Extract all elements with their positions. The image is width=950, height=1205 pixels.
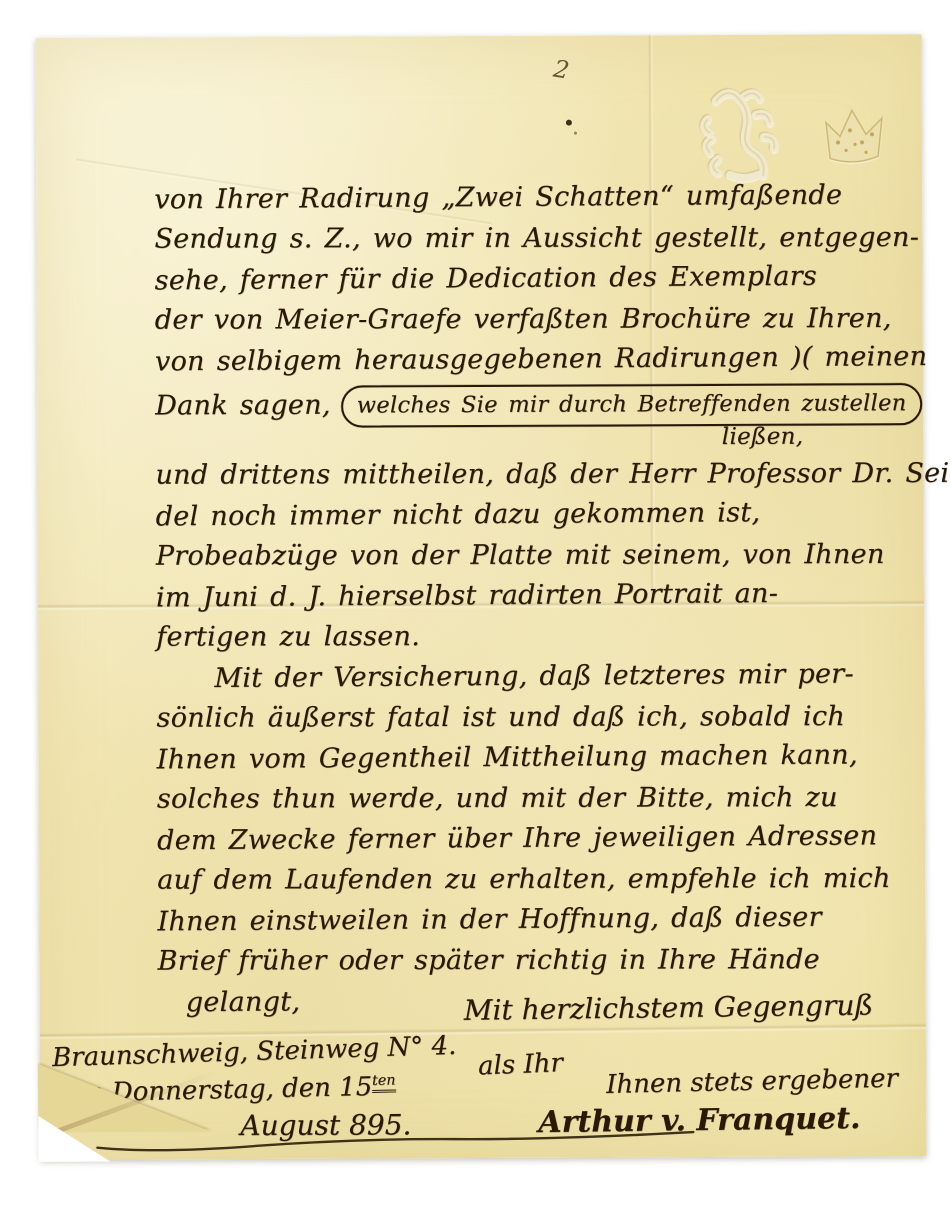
handwritten-line: solches thun werde, und mit der Bitte, m… bbox=[157, 777, 893, 819]
handwritten-line: Ihnen einstweilen in der Hoffnung, daß d… bbox=[157, 897, 893, 943]
handwritten-line: und drittens mittheilen, daß der Herr Pr… bbox=[155, 453, 891, 495]
handwritten-line: von selbigem herausgegebenen Radirungen … bbox=[155, 337, 891, 383]
handwritten-line: im Juni d. J. hierselbst radirten Portra… bbox=[156, 573, 892, 619]
handwritten-line: von Ihrer Radirung „Zwei Schatten“ umfaß… bbox=[154, 175, 890, 221]
handwritten-line: Probeabzüge von der Platte mit seinem, v… bbox=[156, 534, 892, 576]
closing-salute: Mit herzlichstem Gegengruß bbox=[464, 989, 874, 1027]
crown-emboss-icon bbox=[822, 100, 888, 172]
handwritten-line: sehe, ferner für die Dedication des Exem… bbox=[154, 256, 890, 302]
ink-spot bbox=[566, 120, 572, 126]
page-number-mark: 2 bbox=[551, 55, 571, 85]
handwritten-line: Brief früher oder später richtig in Ihre… bbox=[158, 939, 894, 981]
handwritten-line: Sendung s. Z., wo mir in Aussicht gestel… bbox=[154, 217, 890, 259]
handwritten-line: del noch immer nicht dazu gekommen ist, bbox=[156, 492, 892, 538]
handwritten-line: dem Zwecke ferner über Ihre jeweiligen A… bbox=[157, 816, 893, 862]
handwritten-line: Ihnen vom Gegentheil Mittheilung machen … bbox=[157, 735, 893, 781]
handwritten-line: Mit der Versicherung, daß letzteres mir … bbox=[156, 654, 892, 700]
date-ordinal-suffix: ten bbox=[372, 1073, 396, 1094]
closing-devotion: Ihnen stets ergebener bbox=[606, 1064, 898, 1100]
underline-flourish bbox=[95, 1129, 695, 1154]
letter-page: 2 von Ihrer Radirung „Zwei Schatten“ umf… bbox=[36, 34, 927, 1160]
handwritten-line: fertigen zu lassen. bbox=[156, 615, 892, 657]
handwritten-line: sönlich äußerst fatal ist und daß ich, s… bbox=[156, 696, 892, 738]
insertion-prefix: Dank sagen, bbox=[155, 386, 331, 427]
torn-corner-cutout bbox=[38, 1116, 110, 1162]
handwritten-line: auf dem Laufenden zu erhalten, empfehle … bbox=[157, 858, 893, 900]
letter-body: von Ihrer Radirung „Zwei Schatten“ umfaß… bbox=[154, 176, 894, 1023]
lion-crest-emboss-icon bbox=[686, 79, 806, 186]
closing-als-ihr: als Ihr bbox=[477, 1048, 563, 1081]
handwritten-line: der von Meier-Graefe verfaßten Brochüre … bbox=[155, 298, 891, 340]
scan-background: 2 von Ihrer Radirung „Zwei Schatten“ umf… bbox=[0, 0, 950, 1205]
ink-spot bbox=[574, 132, 577, 135]
insertion-carryover: ließen, bbox=[155, 423, 891, 456]
circled-insertion: welches Sie mir durch Betreffenden zuste… bbox=[341, 383, 923, 428]
